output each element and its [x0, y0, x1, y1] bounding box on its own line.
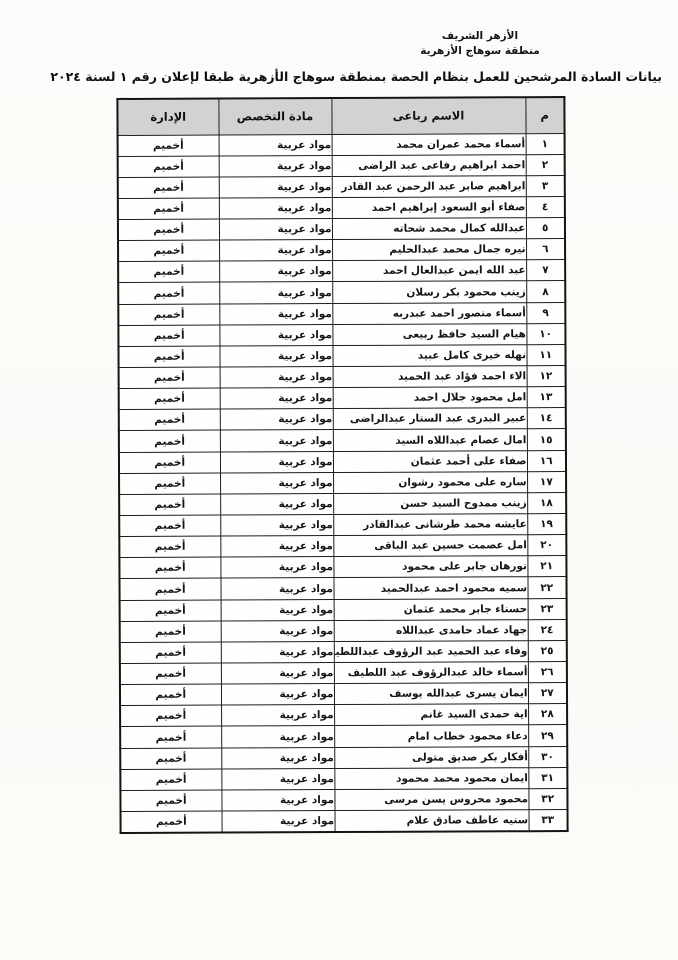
subject-cell: مواد عربية: [221, 789, 334, 811]
administration-cell: أخميم: [119, 473, 220, 495]
administration-cell: أخميم: [118, 156, 219, 178]
serial-number-cell: ١٦: [527, 450, 566, 471]
subject-cell: مواد عربية: [219, 303, 332, 325]
administration-cell: أخميم: [118, 346, 219, 368]
administration-cell: أخميم: [118, 325, 219, 347]
administration-cell: أخميم: [118, 219, 219, 241]
administration-cell: أخميم: [118, 304, 219, 326]
header-full-name: الاسم رباعى: [331, 97, 525, 134]
serial-number-cell: ١٣: [527, 387, 566, 408]
subject-cell: مواد عربية: [219, 240, 332, 262]
candidate-name-cell: محمود محروس يسن مرسى: [334, 789, 528, 811]
serial-number-cell: ٢٢: [527, 577, 566, 598]
candidates-table-container: م الاسم رباعى مادة التخصص الإدارة ١أسماء…: [118, 96, 568, 834]
serial-number-cell: ٥: [526, 218, 565, 239]
administration-cell: أخميم: [120, 748, 221, 770]
candidate-name-cell: أسماء محمد عمران محمد: [332, 133, 526, 155]
administration-cell: أخميم: [120, 663, 221, 685]
serial-number-cell: ٣٣: [529, 810, 568, 831]
candidate-name-cell: عبدالله كمال محمد شحاته: [332, 218, 526, 240]
candidate-name-cell: نهله خيرى كامل عبيد: [332, 345, 526, 367]
candidate-name-cell: أسماء منصور احمد عبدربه: [332, 302, 526, 324]
subject-cell: مواد عربية: [219, 282, 332, 304]
candidate-name-cell: زينب ممدوح السيد حسن: [333, 493, 527, 515]
candidate-name-cell: نيره جمال محمد عبدالحليم: [332, 239, 526, 261]
administration-cell: أخميم: [118, 240, 219, 262]
serial-number-cell: ٢٥: [528, 640, 567, 661]
administration-cell: أخميم: [119, 536, 220, 558]
header-serial-number: م: [525, 97, 564, 133]
subject-cell: مواد عربية: [219, 219, 332, 241]
table-row: ٥عبدالله كمال محمد شحاتهمواد عربيةأخميم: [118, 218, 565, 241]
subject-cell: مواد عربية: [221, 684, 334, 706]
table-row: ١٥امال عصام عبداللاه السيدمواد عربيةأخمي…: [119, 429, 566, 452]
administration-cell: أخميم: [119, 367, 220, 389]
serial-number-cell: ١١: [526, 344, 565, 365]
serial-number-cell: ٢٩: [528, 725, 567, 746]
table-row: ٢احمد ابراهيم رفاعى عبد الراضىمواد عربية…: [118, 154, 565, 177]
table-row: ٢٨اية حمدى السيد غانممواد عربيةأخميم: [120, 704, 567, 727]
serial-number-cell: ١٥: [527, 429, 566, 450]
serial-number-cell: ١٩: [527, 514, 566, 535]
org-district-line: منطقة سوهاج الأزهرية: [400, 44, 560, 59]
candidate-name-cell: صفاء على أحمد عثمان: [333, 450, 527, 472]
candidate-name-cell: أفكار بكر صديق متولى: [334, 746, 528, 768]
table-row: ١أسماء محمد عمران محمدمواد عربيةأخميم: [118, 133, 565, 156]
subject-cell: مواد عربية: [219, 134, 332, 156]
subject-cell: مواد عربية: [220, 578, 333, 600]
administration-cell: أخميم: [119, 409, 220, 431]
candidate-name-cell: صفاء أبو السعود إبراهيم احمد: [332, 197, 526, 219]
subject-cell: مواد عربية: [220, 493, 333, 515]
table-row: ١٦صفاء على أحمد عثمانمواد عربيةأخميم: [119, 450, 566, 473]
administration-cell: أخميم: [120, 726, 221, 748]
table-row: ٦نيره جمال محمد عبدالحليممواد عربيةأخميم: [118, 239, 565, 262]
subject-cell: مواد عربية: [219, 155, 332, 177]
table-row: ٩أسماء منصور احمد عبدربهمواد عربيةأخميم: [118, 302, 565, 325]
table-row: ١٧ساره على محمود رشوانمواد عربيةأخميم: [119, 471, 566, 494]
candidate-name-cell: سنيه عاطف صادق علام: [335, 810, 529, 832]
subject-cell: مواد عربية: [221, 599, 334, 621]
candidate-name-cell: امل عصمت حسين عبد الباقى: [333, 535, 527, 557]
candidate-name-cell: امل محمود جلال احمد: [333, 387, 527, 409]
candidate-name-cell: سميه محمود احمد عبدالحميد: [333, 577, 527, 599]
serial-number-cell: ٢٤: [528, 619, 567, 640]
org-header: الأزهر الشريف منطقة سوهاج الأزهرية: [400, 29, 560, 59]
administration-cell: أخميم: [119, 515, 220, 537]
candidate-name-cell: جهاد عماد حامدى عبداللاه: [334, 619, 528, 641]
subject-cell: مواد عربية: [220, 472, 333, 494]
candidate-name-cell: عبير البدرى عبد الستار عبدالراضى: [333, 408, 527, 430]
administration-cell: أخميم: [118, 198, 219, 220]
table-row: ٢٠امل عصمت حسين عبد الباقىمواد عربيةأخمي…: [119, 535, 566, 558]
table-row: ٣٠أفكار بكر صديق متولىمواد عربيةأخميم: [120, 746, 567, 769]
table-row: ٣ابراهيم صابر عبد الرحمن عبد القادرمواد …: [118, 175, 565, 198]
table-row: ٢٥وفاء عبد الحميد عبد الرؤوف عبداللطيفمو…: [120, 640, 567, 663]
subject-cell: مواد عربية: [221, 663, 334, 685]
administration-cell: أخميم: [120, 600, 221, 622]
subject-cell: مواد عربية: [219, 197, 332, 219]
candidates-table: م الاسم رباعى مادة التخصص الإدارة ١أسماء…: [116, 96, 568, 834]
serial-number-cell: ٢٦: [528, 662, 567, 683]
subject-cell: مواد عربية: [220, 515, 333, 537]
candidate-name-cell: ساره على محمود رشوان: [333, 471, 527, 493]
serial-number-cell: ٢٧: [528, 683, 567, 704]
candidate-name-cell: ايمان يسرى عبدالله يوسف: [334, 683, 528, 705]
table-row: ٣١ايمان محمود محمد محمودمواد عربيةأخميم: [120, 767, 567, 790]
serial-number-cell: ١٠: [526, 323, 565, 344]
administration-cell: أخميم: [119, 494, 220, 516]
table-row: ٣٢محمود محروس يسن مرسىمواد عربيةأخميم: [120, 788, 567, 811]
serial-number-cell: ٣: [526, 175, 565, 196]
administration-cell: أخميم: [120, 684, 221, 706]
candidate-name-cell: دعاء محمود خطاب امام: [334, 725, 528, 747]
table-row: ٢٣حسناء جابر محمد عثمانمواد عربيةأخميم: [120, 598, 567, 621]
org-name-line: الأزهر الشريف: [400, 29, 560, 44]
subject-cell: مواد عربية: [221, 726, 334, 748]
header-specialty-subject: مادة التخصص: [218, 98, 331, 134]
serial-number-cell: ٨: [526, 281, 565, 302]
subject-cell: مواد عربية: [220, 536, 333, 558]
table-row: ٧عبد الله ايمن عبدالعال احمدمواد عربيةأخ…: [118, 260, 565, 283]
serial-number-cell: ١: [526, 133, 565, 154]
serial-number-cell: ٢٨: [528, 704, 567, 725]
candidate-name-cell: امال عصام عبداللاه السيد: [333, 429, 527, 451]
serial-number-cell: ١٢: [527, 366, 566, 387]
candidate-name-cell: حسناء جابر محمد عثمان: [334, 598, 528, 620]
serial-number-cell: ٢٠: [527, 535, 566, 556]
administration-cell: أخميم: [119, 578, 220, 600]
administration-cell: أخميم: [119, 452, 220, 474]
candidate-name-cell: احمد ابراهيم رفاعى عبد الراضى: [332, 154, 526, 176]
table-row: ٨زينب محمود بكر رسلانمواد عربيةأخميم: [118, 281, 565, 304]
candidate-name-cell: ابراهيم صابر عبد الرحمن عبد القادر: [332, 175, 526, 197]
table-row: ١٢الاء احمد فؤاد عبد الحميدمواد عربيةأخم…: [119, 366, 566, 389]
candidate-name-cell: الاء احمد فؤاد عبد الحميد: [333, 366, 527, 388]
table-row: ٣٣سنيه عاطف صادق علاممواد عربيةأخميم: [121, 810, 568, 833]
table-row: ٢٩دعاء محمود خطاب اماممواد عربيةأخميم: [120, 725, 567, 748]
table-row: ١٠هيام السيد حافظ ربيعىمواد عربيةأخميم: [118, 323, 565, 346]
table-row: ١٣امل محمود جلال احمدمواد عربيةأخميم: [119, 387, 566, 410]
administration-cell: أخميم: [119, 431, 220, 453]
serial-number-cell: ٣٢: [528, 788, 567, 809]
administration-cell: أخميم: [120, 621, 221, 643]
subject-cell: مواد عربية: [220, 557, 333, 579]
subject-cell: مواد عربية: [221, 747, 334, 769]
document-title: بيانات السادة المرشحين للعمل بنظام الحصة…: [88, 69, 662, 84]
subject-cell: مواد عربية: [220, 367, 333, 389]
serial-number-cell: ٢١: [527, 556, 566, 577]
administration-cell: أخميم: [118, 261, 219, 283]
serial-number-cell: ٢: [526, 154, 565, 175]
subject-cell: مواد عربية: [221, 620, 334, 642]
candidate-name-cell: عبد الله ايمن عبدالعال احمد: [332, 260, 526, 282]
administration-cell: أخميم: [118, 177, 219, 199]
administration-cell: أخميم: [120, 642, 221, 664]
administration-cell: أخميم: [118, 283, 219, 305]
administration-cell: أخميم: [120, 790, 221, 812]
candidate-name-cell: عايشه محمد طرشانى عبدالقادر: [333, 514, 527, 536]
subject-cell: مواد عربية: [221, 705, 334, 727]
subject-cell: مواد عربية: [222, 811, 335, 833]
subject-cell: مواد عربية: [219, 176, 332, 198]
serial-number-cell: ٣١: [528, 767, 567, 788]
serial-number-cell: ٢٣: [528, 598, 567, 619]
candidate-name-cell: اية حمدى السيد غانم: [334, 704, 528, 726]
table-row: ٤صفاء أبو السعود إبراهيم احمدمواد عربيةأ…: [118, 196, 565, 219]
candidate-name-cell: زينب محمود بكر رسلان: [332, 281, 526, 303]
candidate-name-cell: أسماء خالد عبدالرؤوف عبد اللطيف: [334, 662, 528, 684]
candidate-name-cell: هيام السيد حافظ ربيعى: [332, 323, 526, 345]
administration-cell: أخميم: [120, 769, 221, 791]
table-header-row: م الاسم رباعى مادة التخصص الإدارة: [117, 97, 564, 135]
serial-number-cell: ٧: [526, 260, 565, 281]
administration-cell: أخميم: [119, 557, 220, 579]
subject-cell: مواد عربية: [219, 345, 332, 367]
header-administration: الإدارة: [117, 99, 218, 135]
table-row: ٢٤جهاد عماد حامدى عبداللاهمواد عربيةأخمي…: [120, 619, 567, 642]
table-row: ١٤عبير البدرى عبد الستار عبدالراضىمواد ع…: [119, 408, 566, 431]
candidate-name-cell: وفاء عبد الحميد عبد الرؤوف عبداللطيف: [334, 641, 528, 663]
serial-number-cell: ١٨: [527, 492, 566, 513]
table-row: ١٩عايشه محمد طرشانى عبدالقادرمواد عربيةأ…: [119, 514, 566, 537]
candidates-table-body: ١أسماء محمد عمران محمدمواد عربيةأخميم٢اح…: [118, 133, 568, 833]
serial-number-cell: ٦: [526, 239, 565, 260]
subject-cell: مواد عربية: [220, 430, 333, 452]
table-row: ١٨زينب ممدوح السيد حسنمواد عربيةأخميم: [119, 492, 566, 515]
administration-cell: أخميم: [120, 705, 221, 727]
serial-number-cell: ٣٠: [528, 746, 567, 767]
subject-cell: مواد عربية: [221, 768, 334, 790]
serial-number-cell: ١٧: [527, 471, 566, 492]
subject-cell: مواد عربية: [219, 324, 332, 346]
table-row: ٢٢سميه محمود احمد عبدالحميدمواد عربيةأخم…: [119, 577, 566, 600]
candidate-name-cell: ايمان محمود محمد محمود: [334, 767, 528, 789]
table-row: ٢٦أسماء خالد عبدالرؤوف عبد اللطيفمواد عر…: [120, 662, 567, 685]
serial-number-cell: ١٤: [527, 408, 566, 429]
serial-number-cell: ٩: [526, 302, 565, 323]
subject-cell: مواد عربية: [221, 641, 334, 663]
table-row: ٢٧ايمان يسرى عبدالله يوسفمواد عربيةأخميم: [120, 683, 567, 706]
subject-cell: مواد عربية: [219, 261, 332, 283]
table-row: ١١نهله خيرى كامل عبيدمواد عربيةأخميم: [118, 344, 565, 367]
serial-number-cell: ٤: [526, 196, 565, 217]
table-row: ٢١نورهان جابر على محمودمواد عربيةأخميم: [119, 556, 566, 579]
administration-cell: أخميم: [118, 135, 219, 157]
subject-cell: مواد عربية: [220, 388, 333, 410]
subject-cell: مواد عربية: [220, 409, 333, 431]
candidate-name-cell: نورهان جابر على محمود: [333, 556, 527, 578]
subject-cell: مواد عربية: [220, 451, 333, 473]
administration-cell: أخميم: [121, 811, 222, 833]
administration-cell: أخميم: [119, 388, 220, 410]
